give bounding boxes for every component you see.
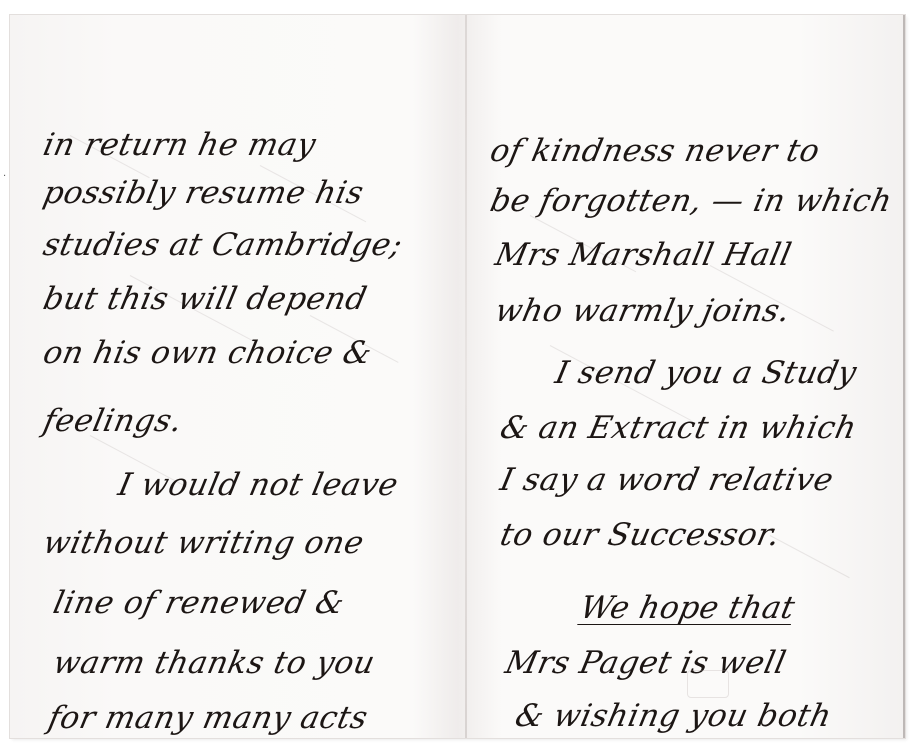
letter-line: & an Extract in which <box>497 410 860 446</box>
letter-line: line of renewed & <box>50 585 348 621</box>
letter-sheet: in return he may possibly resume his stu… <box>10 15 905 738</box>
letter-line: on his own choice & <box>40 335 375 371</box>
letter-line: studies at Cambridge; <box>40 227 406 263</box>
right-page: of kindness never to be forgotten, — in … <box>467 15 905 738</box>
letter-line: feelings. <box>40 403 186 439</box>
letter-line: & wishing you both <box>512 698 835 734</box>
letter-line: be forgotten, — in which <box>487 183 895 219</box>
letter-line: who warmly joins. <box>492 293 794 329</box>
letter-line: in return he may <box>40 127 319 163</box>
letter-line: I would not leave <box>115 467 402 503</box>
left-page: in return he may possibly resume his stu… <box>10 15 465 738</box>
paper-watermark <box>687 670 729 698</box>
letter-line: I say a word relative <box>497 462 837 498</box>
letter-line: possibly resume his <box>40 175 367 211</box>
letter-line: warm thanks to you <box>50 645 378 681</box>
letter-line: We hope that <box>577 590 798 626</box>
letter-line: I send you a Study <box>552 355 860 391</box>
letter-line: of kindness never to <box>487 133 823 169</box>
letter-line: Mrs Marshall Hall <box>492 237 795 273</box>
letter-line: for many many acts <box>45 700 371 736</box>
letter-line: Mrs Paget is well <box>502 645 789 681</box>
letter-line: to our Successor. <box>497 517 783 553</box>
letter-line: but this will depend <box>40 281 370 317</box>
letter-line: without writing one <box>40 525 367 561</box>
margin-dot: · <box>3 171 6 182</box>
